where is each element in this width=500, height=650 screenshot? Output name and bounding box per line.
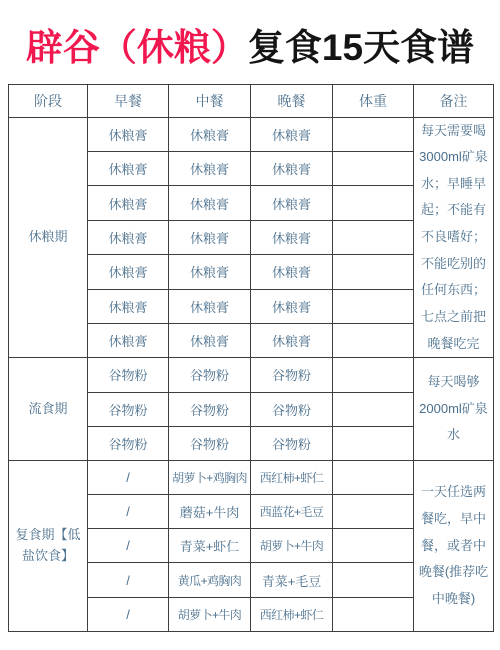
table-row: 休粮期休粮膏休粮膏休粮膏每天需要喝3000ml矿泉水；早睡早起；不能有不良嗜好；… <box>9 117 494 151</box>
note-cell-1: 每天喝够2000ml矿泉水 <box>414 358 494 461</box>
table-body: 休粮期休粮膏休粮膏休粮膏每天需要喝3000ml矿泉水；早睡早起；不能有不良嗜好；… <box>9 117 494 631</box>
lunch-cell: 胡萝卜+牛肉 <box>169 597 251 631</box>
weight-cell <box>333 220 414 254</box>
lunch-cell: 胡萝卜+鸡胸肉 <box>169 460 251 494</box>
dinner-cell: 谷物粉 <box>251 392 333 426</box>
weight-cell <box>333 529 414 563</box>
weight-cell <box>333 495 414 529</box>
header-row: 阶段早餐中餐晚餐体重备注 <box>9 84 494 117</box>
dinner-cell: 休粮膏 <box>251 186 333 220</box>
dinner-cell: 西红柿+虾仁 <box>251 460 333 494</box>
lunch-cell: 休粮膏 <box>169 323 251 357</box>
dinner-cell: 西蓝花+毛豆 <box>251 495 333 529</box>
lunch-cell: 谷物粉 <box>169 392 251 426</box>
meal-plan-table: 阶段早餐中餐晚餐体重备注 休粮期休粮膏休粮膏休粮膏每天需要喝3000ml矿泉水；… <box>8 84 494 632</box>
breakfast-cell: / <box>88 460 169 494</box>
dinner-cell: 谷物粉 <box>251 426 333 460</box>
breakfast-cell: 休粮膏 <box>88 220 169 254</box>
dinner-cell: 谷物粉 <box>251 358 333 392</box>
weight-cell <box>333 597 414 631</box>
lunch-cell: 休粮膏 <box>169 117 251 151</box>
breakfast-cell: / <box>88 597 169 631</box>
stage-cell-1: 流食期 <box>9 358 88 461</box>
breakfast-cell: / <box>88 529 169 563</box>
dinner-cell: 休粮膏 <box>251 323 333 357</box>
page-title: 辟谷（休粮）复食15天食谱 <box>0 0 500 70</box>
lunch-cell: 谷物粉 <box>169 426 251 460</box>
note-cell-0: 每天需要喝3000ml矿泉水；早睡早起；不能有不良嗜好；不能吃别的任何东西；七点… <box>414 117 494 358</box>
lunch-cell: 谷物粉 <box>169 358 251 392</box>
column-header-dinner: 晚餐 <box>251 84 333 117</box>
weight-cell <box>333 151 414 185</box>
weight-cell <box>333 460 414 494</box>
lunch-cell: 休粮膏 <box>169 186 251 220</box>
breakfast-cell: 休粮膏 <box>88 151 169 185</box>
breakfast-cell: / <box>88 563 169 597</box>
meal-plan-page: 辟谷（休粮）复食15天食谱 阶段早餐中餐晚餐体重备注 休粮期休粮膏休粮膏休粮膏每… <box>0 0 500 650</box>
column-header-weight: 体重 <box>333 84 414 117</box>
lunch-cell: 青菜+虾仁 <box>169 529 251 563</box>
lunch-cell: 休粮膏 <box>169 289 251 323</box>
column-header-lunch: 中餐 <box>169 84 251 117</box>
dinner-cell: 休粮膏 <box>251 289 333 323</box>
lunch-cell: 休粮膏 <box>169 255 251 289</box>
weight-cell <box>333 563 414 597</box>
page-title-highlight: 辟谷（休粮） <box>26 27 248 68</box>
dinner-cell: 休粮膏 <box>251 255 333 289</box>
lunch-cell: 蘑菇+牛肉 <box>169 495 251 529</box>
table-row: 流食期谷物粉谷物粉谷物粉每天喝够2000ml矿泉水 <box>9 358 494 392</box>
column-header-note: 备注 <box>414 84 494 117</box>
dinner-cell: 休粮膏 <box>251 151 333 185</box>
breakfast-cell: 谷物粉 <box>88 392 169 426</box>
weight-cell <box>333 289 414 323</box>
dinner-cell: 西红柿+虾仁 <box>251 597 333 631</box>
breakfast-cell: 休粮膏 <box>88 323 169 357</box>
weight-cell <box>333 255 414 289</box>
column-header-breakfast: 早餐 <box>88 84 169 117</box>
dinner-cell: 胡萝卜+牛肉 <box>251 529 333 563</box>
dinner-cell: 休粮膏 <box>251 117 333 151</box>
page-title-rest: 复食15天食谱 <box>248 27 474 68</box>
table-row: 复食期【低盐饮食】/胡萝卜+鸡胸肉西红柿+虾仁一天任选两餐吃，早中餐，或者中晚餐… <box>9 460 494 494</box>
stage-cell-2: 复食期【低盐饮食】 <box>9 460 88 631</box>
dinner-cell: 休粮膏 <box>251 220 333 254</box>
weight-cell <box>333 392 414 426</box>
breakfast-cell: 休粮膏 <box>88 289 169 323</box>
column-header-stage: 阶段 <box>9 84 88 117</box>
weight-cell <box>333 358 414 392</box>
breakfast-cell: 休粮膏 <box>88 186 169 220</box>
breakfast-cell: 谷物粉 <box>88 426 169 460</box>
lunch-cell: 黄瓜+鸡胸肉 <box>169 563 251 597</box>
table-header: 阶段早餐中餐晚餐体重备注 <box>9 84 494 117</box>
breakfast-cell: / <box>88 495 169 529</box>
lunch-cell: 休粮膏 <box>169 220 251 254</box>
weight-cell <box>333 117 414 151</box>
breakfast-cell: 谷物粉 <box>88 358 169 392</box>
stage-cell-0: 休粮期 <box>9 117 88 358</box>
note-cell-2: 一天任选两餐吃，早中餐，或者中晚餐(推荐吃中晚餐) <box>414 460 494 631</box>
weight-cell <box>333 323 414 357</box>
dinner-cell: 青菜+毛豆 <box>251 563 333 597</box>
weight-cell <box>333 186 414 220</box>
weight-cell <box>333 426 414 460</box>
breakfast-cell: 休粮膏 <box>88 117 169 151</box>
lunch-cell: 休粮膏 <box>169 151 251 185</box>
breakfast-cell: 休粮膏 <box>88 255 169 289</box>
